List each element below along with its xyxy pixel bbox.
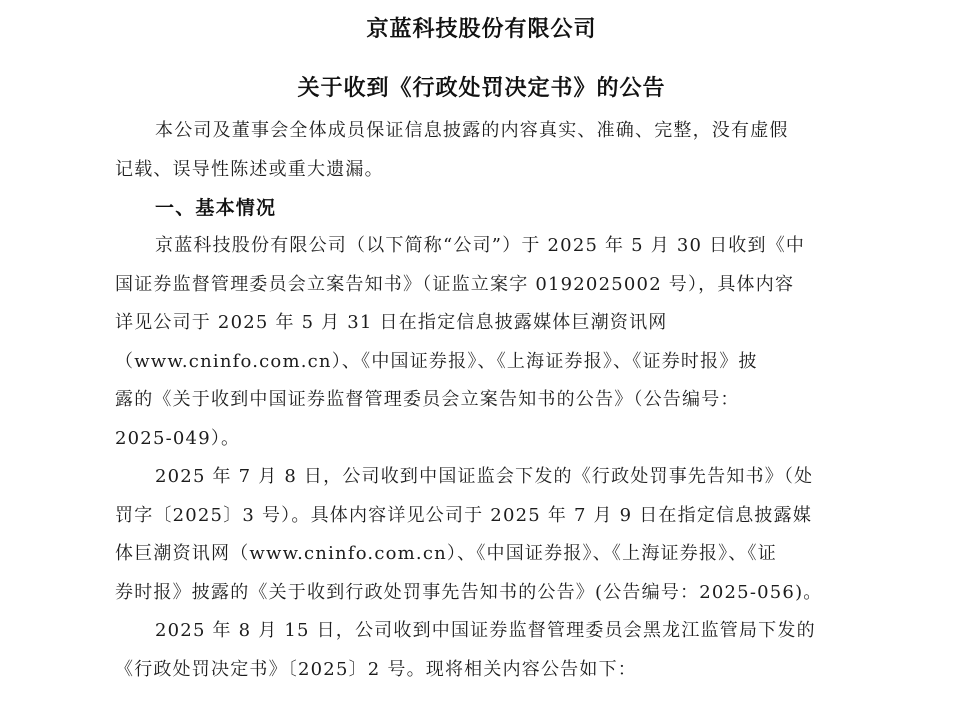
text-line: 露的《关于收到中国证券监督管理委员会立案告知书的公告》（公告编号： xyxy=(115,381,855,420)
paragraph-case-filing: 京蓝科技股份有限公司（以下简称“公司”）于 2025 年 5 月 30 日收到《… xyxy=(115,227,855,458)
text-line: 体巨潮资讯网（www.cninfo.com.cn）、《中国证券报》、《上海证券报… xyxy=(115,535,855,574)
text-line: 券时报》披露的《关于收到行政处罚事先告知书的公告》(公告编号：2025-056)… xyxy=(115,574,855,613)
document-page: 京蓝科技股份有限公司 关于收到《行政处罚决定书》的公告 本公司及董事会全体成员保… xyxy=(0,0,963,702)
paragraph-decision-received: 2025 年 8 月 15 日，公司收到中国证券监督管理委员会黑龙江监管局下发的… xyxy=(115,612,855,689)
company-name: 京蓝科技股份有限公司 xyxy=(0,12,963,43)
text-line: 京蓝科技股份有限公司（以下简称“公司”）于 2025 年 5 月 30 日收到《… xyxy=(115,227,855,266)
text-line: 详见公司于 2025 年 5 月 31 日在指定信息披露媒体巨潮资讯网 xyxy=(115,304,855,343)
disclaimer-statement: 本公司及董事会全体成员保证信息披露的内容真实、准确、完整，没有虚假 记载、误导性… xyxy=(115,112,855,189)
text-line: （www.cninfo.com.cn）、《中国证券报》、《上海证券报》、《证券时… xyxy=(115,343,855,382)
text-line: 本公司及董事会全体成员保证信息披露的内容真实、准确、完整，没有虚假 xyxy=(115,112,855,151)
text-line: 记载、误导性陈述或重大遗漏。 xyxy=(115,151,855,190)
announcement-body: 本公司及董事会全体成员保证信息披露的内容真实、准确、完整，没有虚假 记载、误导性… xyxy=(115,112,855,689)
paragraph-prior-notice: 2025 年 7 月 8 日，公司收到中国证监会下发的《行政处罚事先告知书》（处… xyxy=(115,458,855,612)
text-line: 罚字〔2025〕3 号）。具体内容详见公司于 2025 年 7 月 9 日在指定… xyxy=(115,497,855,536)
text-line: 2025 年 8 月 15 日，公司收到中国证券监督管理委员会黑龙江监管局下发的 xyxy=(115,612,855,651)
section-heading-basic-info: 一、基本情况 xyxy=(115,189,855,227)
announcement-title: 关于收到《行政处罚决定书》的公告 xyxy=(0,71,963,102)
text-line: 国证券监督管理委员会立案告知书》（证监立案字 0192025002 号），具体内… xyxy=(115,266,855,305)
text-line: 2025 年 7 月 8 日，公司收到中国证监会下发的《行政处罚事先告知书》（处 xyxy=(115,458,855,497)
text-line: 《行政处罚决定书》〔2025〕2 号。现将相关内容公告如下： xyxy=(115,651,855,690)
text-line: 2025-049）。 xyxy=(115,420,855,459)
